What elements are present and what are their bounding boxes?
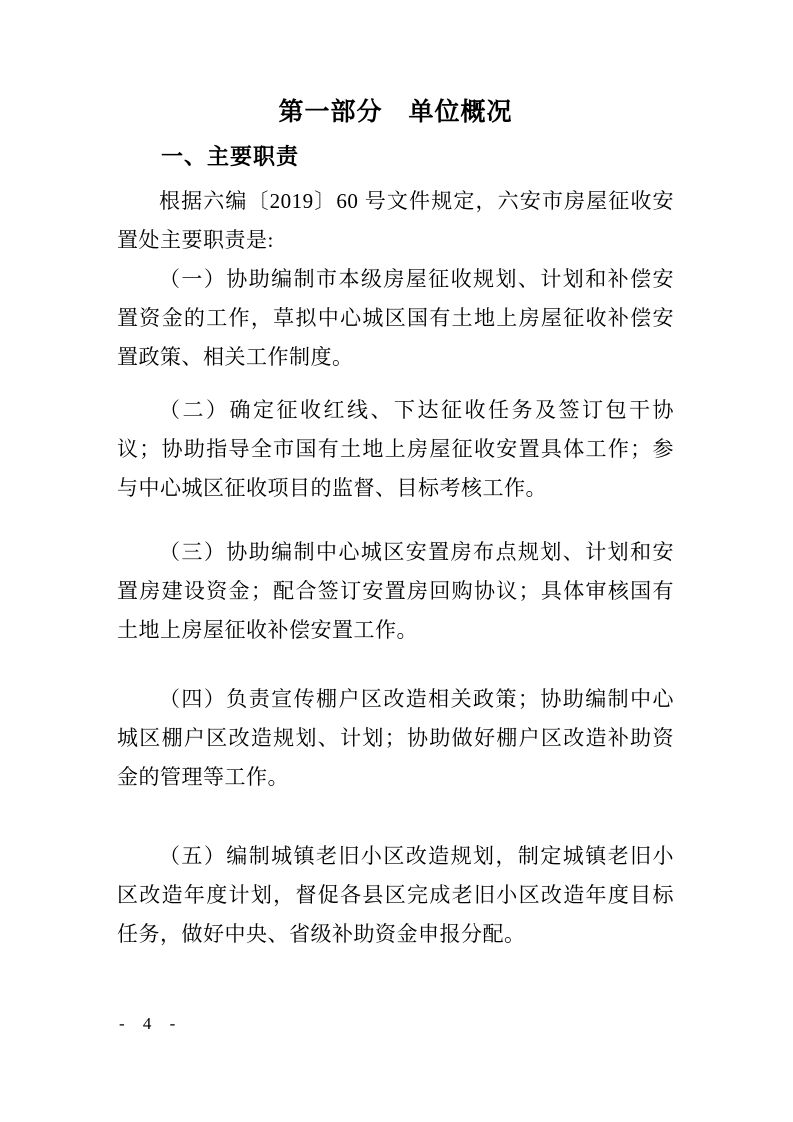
page-number: - 4 - [119, 1014, 182, 1034]
duty-item-2: （二）确定征收红线、下达征收任务及签订包干协议；协助指导全市国有土地上房屋征收安… [117, 391, 674, 508]
duty-item-3: （三）协助编制中心城区安置房布点规划、计划和安置房建设资金；配合签订安置房回购协… [117, 533, 674, 650]
duty-item-1: （一）协助编制市本级房屋征收规划、计划和补偿安置资金的工作，草拟中心城区国有土地… [117, 260, 674, 377]
duty-item-4: （四）负责宣传棚户区改造相关政策；协助编制中心城区棚户区改造规划、计划；协助做好… [117, 680, 674, 797]
intro-paragraph: 根据六编〔2019〕60 号文件规定，六安市房屋征收安置处主要职责是: [117, 182, 674, 260]
document-page: 第一部分 单位概况 一、主要职责 根据六编〔2019〕60 号文件规定，六安市房… [0, 0, 793, 1122]
document-title: 第一部分 单位概况 [117, 96, 674, 128]
section-heading: 一、主要职责 [117, 144, 674, 170]
duty-item-5: （五）编制城镇老旧小区改造规划，制定城镇老旧小区改造年度计划，督促各县区完成老旧… [117, 837, 674, 954]
